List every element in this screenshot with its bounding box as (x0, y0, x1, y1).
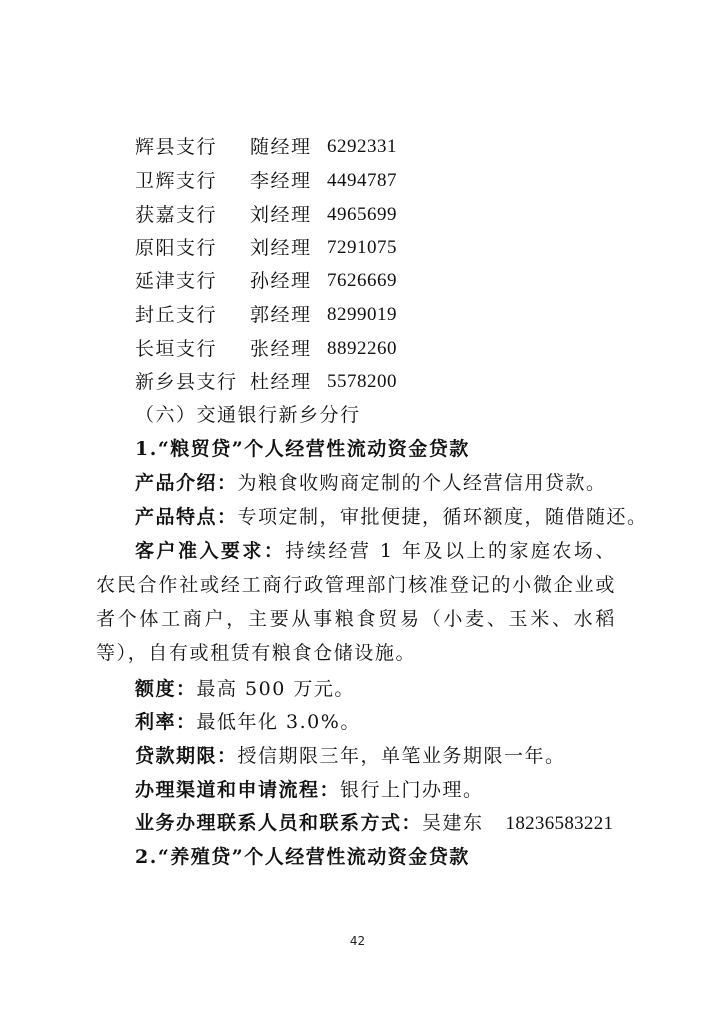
branch-phone: 5578200 (327, 369, 397, 395)
channel-label: 办理渠道和申请流程： (135, 779, 340, 801)
intro-text: 为粮食收购商定制的个人经营信用贷款。 (238, 472, 607, 494)
channel-text: 银行上门办理。 (340, 779, 484, 801)
branch-phone: 4494787 (327, 168, 397, 194)
product1-features: 产品特点：专项定制，审批便捷，循环额度，随借随还。 (135, 504, 648, 530)
intro-label: 产品介绍： (135, 472, 238, 494)
rate-label: 利率： (135, 711, 197, 733)
features-text: 专项定制，审批便捷，循环额度，随借随还。 (238, 506, 648, 528)
features-label: 产品特点： (135, 506, 238, 528)
branch-manager: 刘经理 (250, 202, 312, 228)
document-page: 辉县支行 随经理 6292331 卫辉支行 李经理 4494787 获嘉支行 刘… (0, 0, 715, 1011)
product1-title: 1.“粮贸贷”个人经营性流动资金贷款 (135, 436, 470, 462)
product1-channel: 办理渠道和申请流程：银行上门办理。 (135, 777, 484, 803)
contact-name: 吴建东 (422, 812, 484, 834)
branch-manager: 随经理 (250, 134, 312, 160)
branch-name: 辉县支行 (135, 134, 217, 160)
product1-amount: 额度：最高 500 万元。 (135, 676, 355, 702)
branch-phone: 8892260 (327, 336, 397, 362)
branch-phone: 6292331 (327, 134, 397, 160)
branch-manager: 刘经理 (250, 235, 312, 261)
branch-manager: 郭经理 (250, 302, 312, 328)
section-heading: （六）交通银行新乡分行 (135, 402, 361, 428)
product2-title: 2.“养殖贷”个人经营性流动资金贷款 (135, 844, 470, 870)
amount-text: 最高 500 万元。 (197, 678, 355, 700)
branch-phone: 7626669 (327, 268, 397, 294)
amount-label: 额度： (135, 678, 197, 700)
branch-manager: 杜经理 (250, 369, 312, 395)
rate-text: 最低年化 3.0%。 (197, 711, 361, 733)
product1-rate: 利率：最低年化 3.0%。 (135, 709, 361, 735)
contact-phone: 18236583221 (506, 813, 614, 834)
branch-name: 新乡县支行 (135, 369, 238, 395)
product1-term: 贷款期限：授信期限三年，单笔业务期限一年。 (135, 743, 566, 769)
contact-label: 业务办理联系人员和联系方式： (135, 812, 422, 834)
product1-intro: 产品介绍：为粮食收购商定制的个人经营信用贷款。 (135, 470, 607, 496)
branch-manager: 李经理 (250, 168, 312, 194)
requirements-label: 客户准入要求： (135, 540, 285, 562)
branch-name: 获嘉支行 (135, 202, 217, 228)
branch-manager: 孙经理 (250, 268, 312, 294)
term-label: 贷款期限： (135, 745, 238, 767)
term-text: 授信期限三年，单笔业务期限一年。 (238, 745, 566, 767)
branch-name: 卫辉支行 (135, 168, 217, 194)
branch-phone: 4965699 (327, 202, 397, 228)
branch-phone: 8299019 (327, 302, 397, 328)
branch-name: 原阳支行 (135, 235, 217, 261)
branch-name: 封丘支行 (135, 302, 217, 328)
branch-manager: 张经理 (250, 336, 312, 362)
product1-contact: 业务办理联系人员和联系方式：吴建东18236583221 (135, 810, 613, 837)
product1-requirements: 客户准入要求：持续经营 1 年及以上的家庭农场、农民合作社或经工商行政管理部门核… (96, 534, 616, 670)
branch-name: 长垣支行 (135, 336, 217, 362)
page-number: 42 (0, 934, 715, 948)
branch-name: 延津支行 (135, 268, 217, 294)
branch-phone: 7291075 (327, 235, 397, 261)
